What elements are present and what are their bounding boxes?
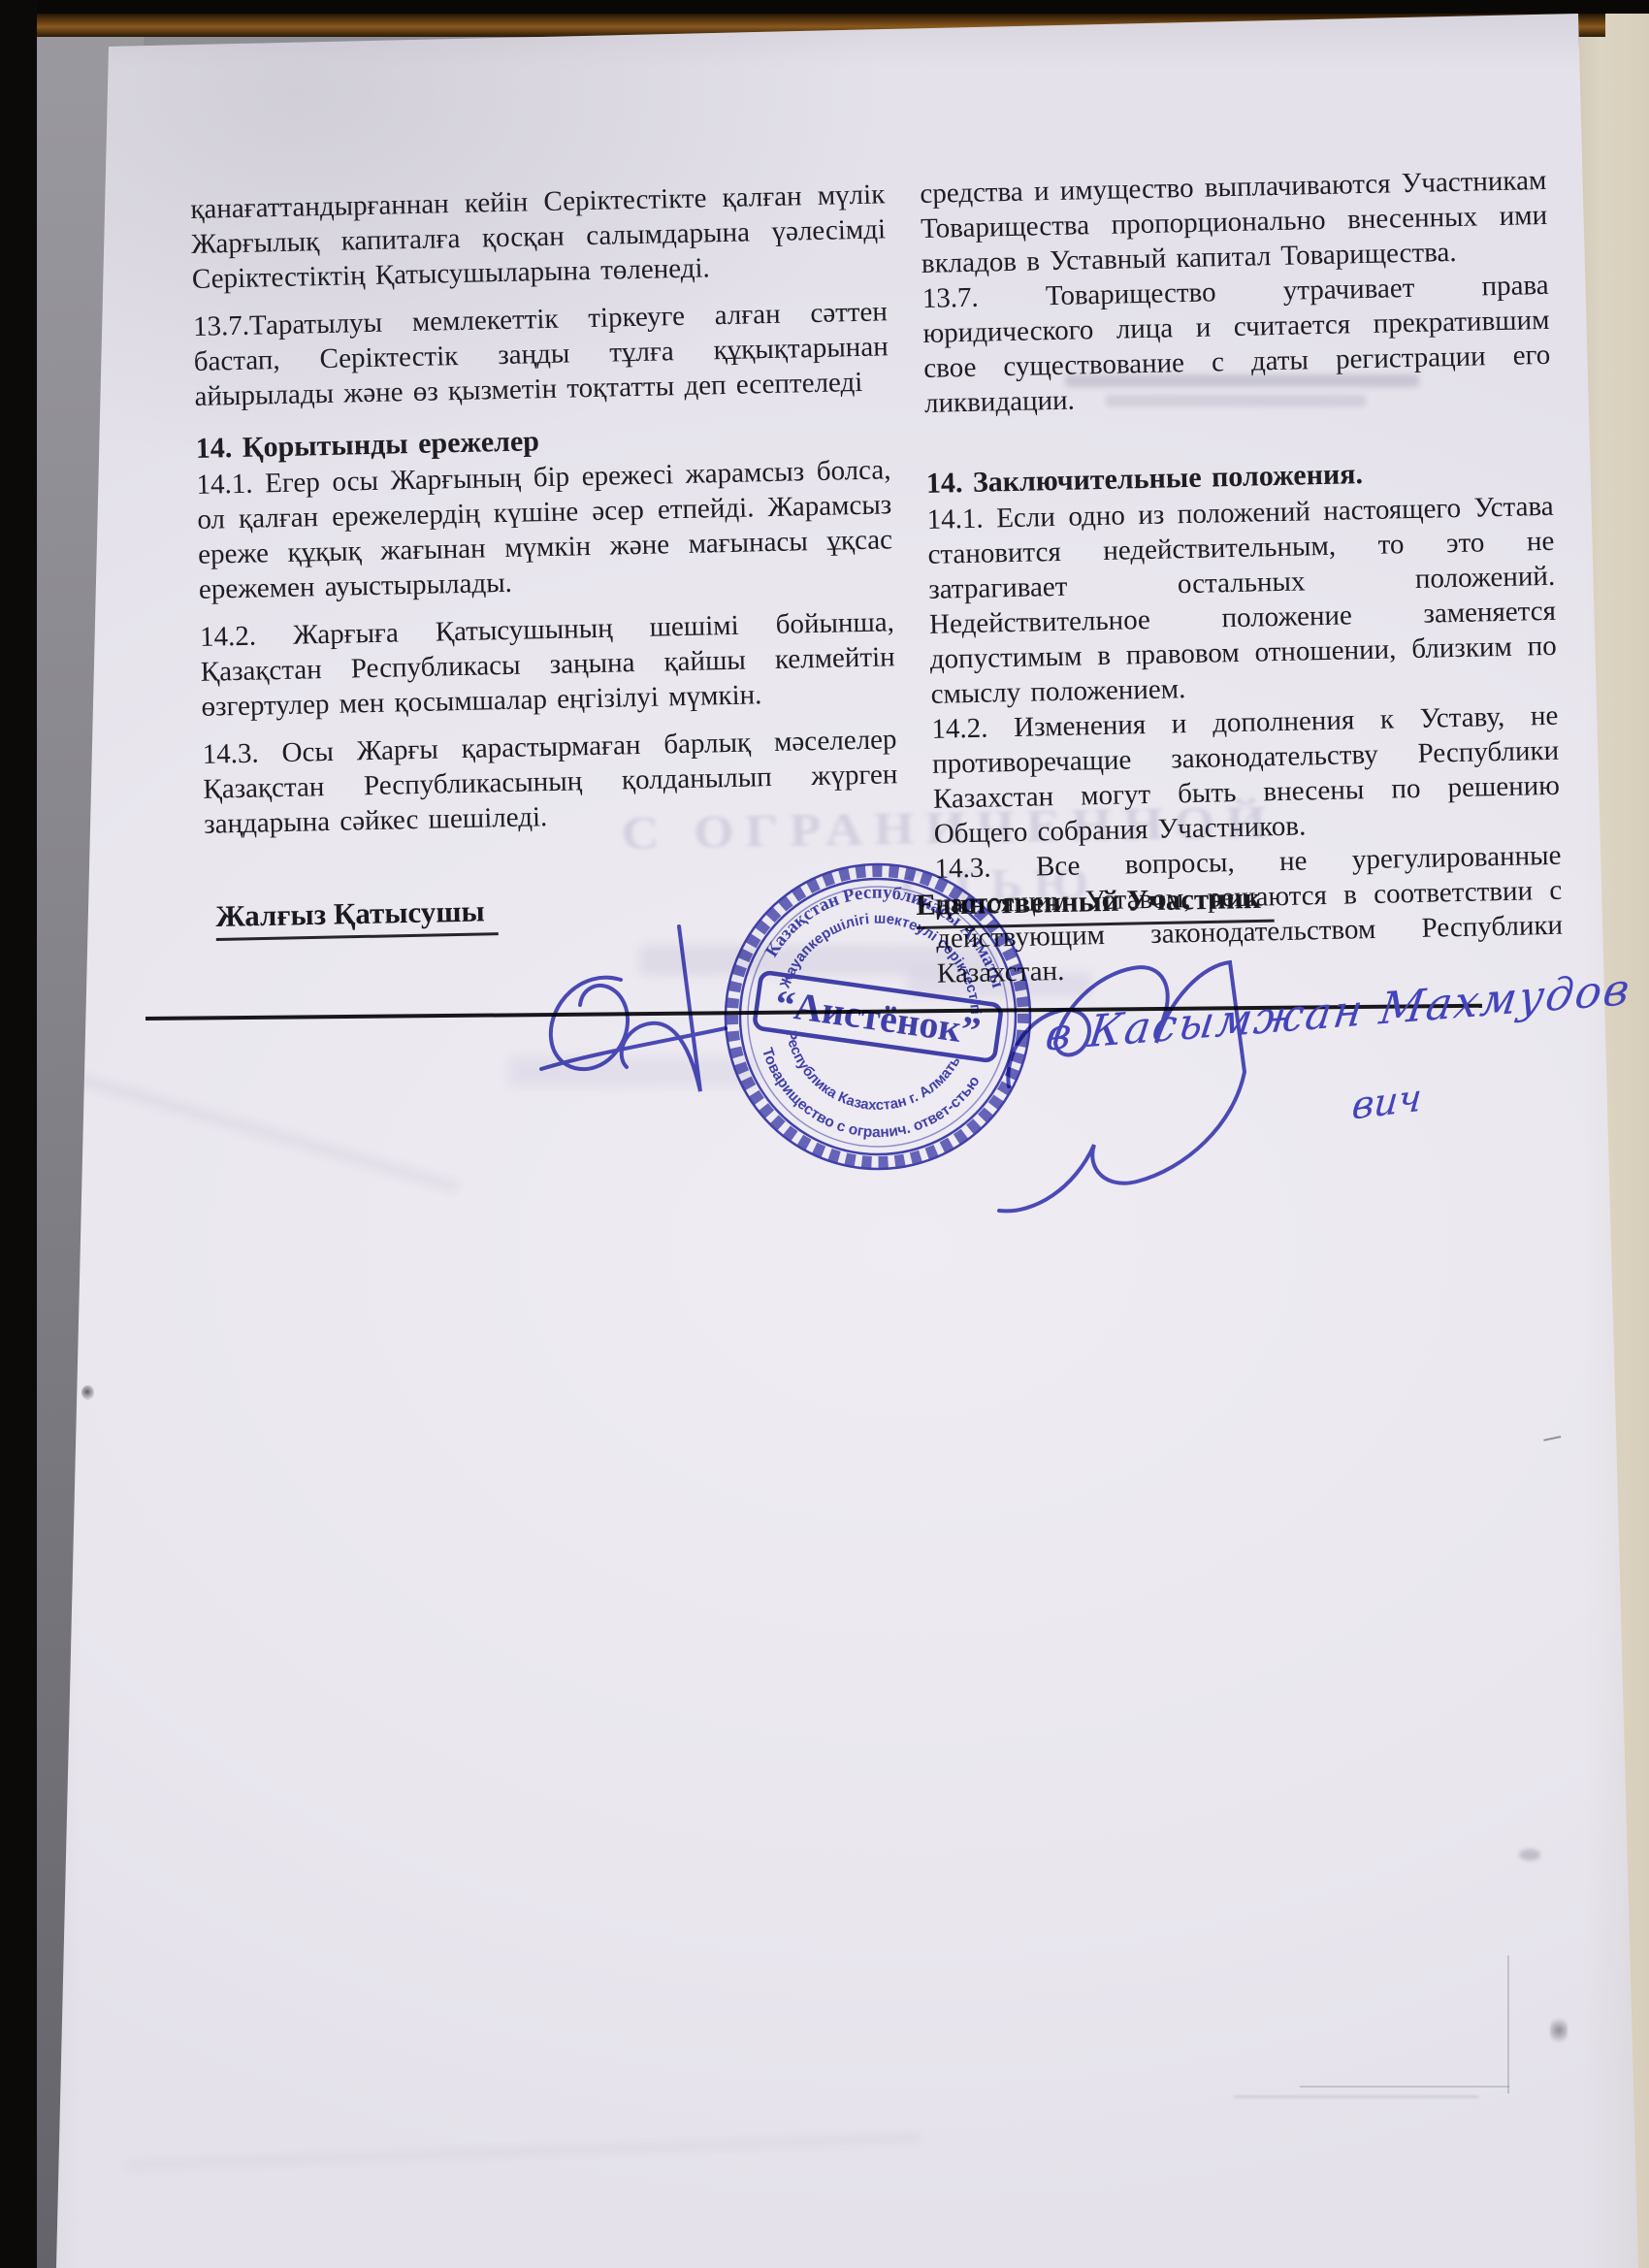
handwritten-name-line2: вич <box>1350 1076 1424 1129</box>
signature-right-tail <box>999 1072 1245 1211</box>
signature-left-spike <box>622 926 700 1091</box>
signature-strokes <box>0 0 1649 2268</box>
